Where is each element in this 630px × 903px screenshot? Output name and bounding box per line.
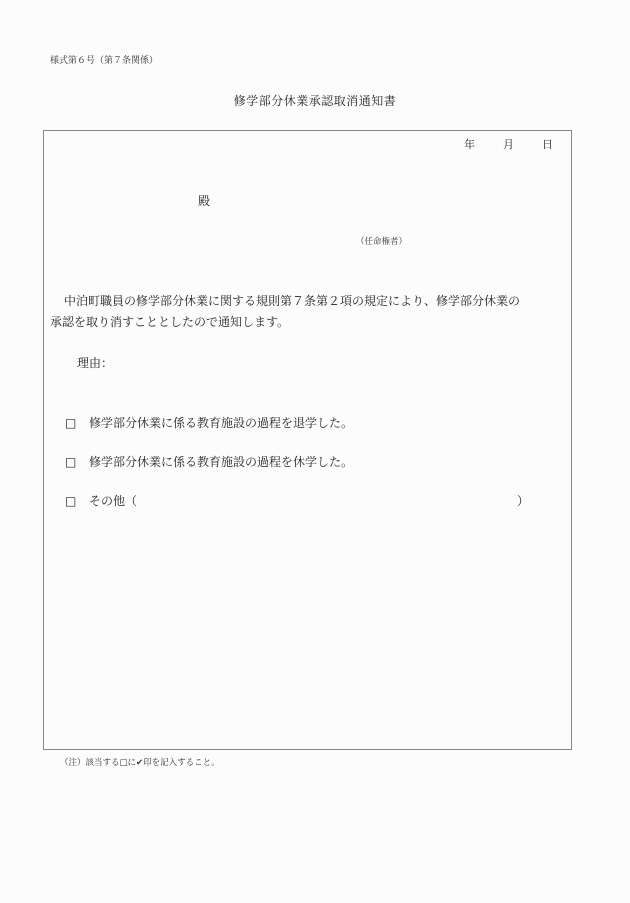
document-title: 修学部分休業承認取消通知書	[0, 92, 630, 109]
notice-body-line-2: 承認を取り消すこととしたので通知します。	[50, 312, 570, 333]
option-label: 修学部分休業に係る教育施設の過程を休学した。	[89, 453, 353, 470]
checkbox-icon[interactable]: □	[65, 494, 89, 508]
other-close-paren: ）	[517, 492, 529, 509]
option-label: 修学部分休業に係る教育施設の過程を退学した。	[89, 414, 353, 431]
checkbox-icon[interactable]: □	[65, 455, 89, 469]
footnote: （注）該当する□に✔印を記入すること。	[60, 756, 220, 768]
appointing-authority: （任命権者）	[356, 235, 407, 247]
notice-body: 中泊町職員の修学部分休業に関する規則第７条第２項の規定により、修学部分休業の 承…	[50, 291, 570, 333]
addressee-suffix: 殿	[198, 192, 210, 209]
option-leave-of-absence[interactable]: □ 修学部分休業に係る教育施設の過程を休学した。	[65, 453, 353, 470]
date-day: 日	[542, 136, 553, 152]
checkbox-icon[interactable]: □	[65, 416, 89, 430]
date-year: 年	[464, 136, 475, 152]
date-field: 年 月 日	[464, 136, 553, 152]
form-frame: 年 月 日 殿 （任命権者） 中泊町職員の修学部分休業に関する規則第７条第２項の…	[43, 130, 572, 750]
form-number: 様式第６号（第７条関係）	[50, 53, 158, 66]
option-label: その他（	[89, 492, 137, 509]
option-other[interactable]: □ その他（ ）	[65, 492, 555, 509]
option-withdrawal[interactable]: □ 修学部分休業に係る教育施設の過程を退学した。	[65, 414, 353, 431]
reason-label: 理由：	[77, 354, 113, 371]
notice-body-line-1: 中泊町職員の修学部分休業に関する規則第７条第２項の規定により、修学部分休業の	[50, 291, 570, 312]
date-month: 月	[503, 136, 514, 152]
